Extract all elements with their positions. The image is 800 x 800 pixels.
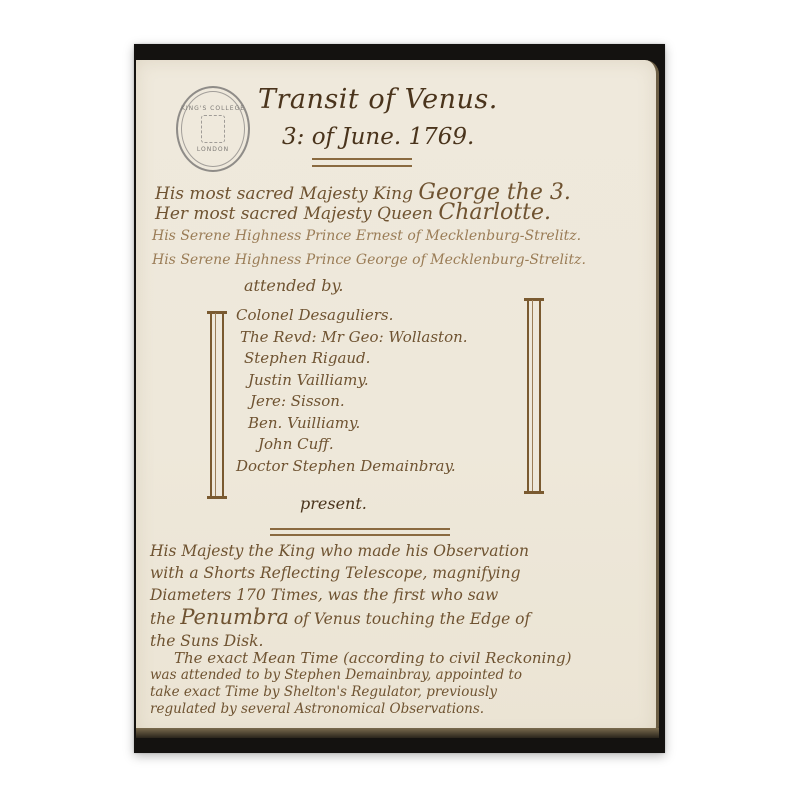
date-underline xyxy=(312,158,412,167)
paragraph-line: Diameters 170 Times, was the first who s… xyxy=(150,584,650,606)
document-date: 3: of June. 1769. xyxy=(282,124,474,150)
attendee: John Cuff. xyxy=(258,434,468,456)
paragraph-line: His Majesty the King who made his Observ… xyxy=(150,540,650,562)
attendee: Stephen Rigaud. xyxy=(244,348,468,370)
attendee: The Revd: Mr Geo: Wollaston. xyxy=(240,327,468,349)
attendee: Justin Vailliamy. xyxy=(248,370,468,392)
attendee: Ben. Vuilliamy. xyxy=(248,413,468,435)
text-fragment: of Venus touching the Edge of xyxy=(289,610,530,628)
attendee: Doctor Stephen Demainbray. xyxy=(236,456,468,478)
text-fragment: the xyxy=(150,610,180,628)
attended-by-label: attended by. xyxy=(244,276,343,295)
royal-name: Charlotte. xyxy=(438,200,551,225)
right-pillar-ornament xyxy=(527,300,541,492)
attendee: Colonel Desaguliers. xyxy=(236,305,468,327)
observation-paragraph: His Majesty the King who made his Observ… xyxy=(150,540,650,652)
royal-line-prince-george: His Serene Highness Prince George of Mec… xyxy=(152,252,586,268)
left-pillar-ornament xyxy=(210,313,224,497)
royal-title: Her most sacred Majesty Queen xyxy=(155,204,438,224)
paragraph-line: take exact Time by Shelton's Regulator, … xyxy=(150,684,650,701)
document-title: Transit of Venus. xyxy=(258,84,498,115)
page-edge xyxy=(136,728,659,738)
present-label: present. xyxy=(300,494,367,513)
attendee: Jere: Sisson. xyxy=(250,391,468,413)
library-stamp: KING'S COLLEGE LONDON xyxy=(176,86,250,172)
paragraph-line: regulated by several Astronomical Observ… xyxy=(150,701,650,718)
section-divider xyxy=(270,528,450,536)
stamp-top-text: KING'S COLLEGE xyxy=(181,105,245,112)
paragraph-line: The exact Mean Time (according to civil … xyxy=(174,650,650,667)
crest-icon xyxy=(201,115,225,143)
penumbra-word: Penumbra xyxy=(180,605,289,629)
royal-line-prince-ernest: His Serene Highness Prince Ernest of Mec… xyxy=(152,228,581,244)
paragraph-line: the Penumbra of Venus touching the Edge … xyxy=(150,606,650,630)
paragraph-line: was attended to by Stephen Demainbray, a… xyxy=(150,667,650,684)
attendee-list: Colonel Desaguliers. The Revd: Mr Geo: W… xyxy=(236,305,468,477)
timekeeping-paragraph: The exact Mean Time (according to civil … xyxy=(150,650,650,718)
royal-line-queen: Her most sacred Majesty Queen Charlotte. xyxy=(155,200,551,225)
stamp-bottom-text: LONDON xyxy=(197,146,229,153)
paragraph-line: with a Shorts Reflecting Telescope, magn… xyxy=(150,562,650,584)
